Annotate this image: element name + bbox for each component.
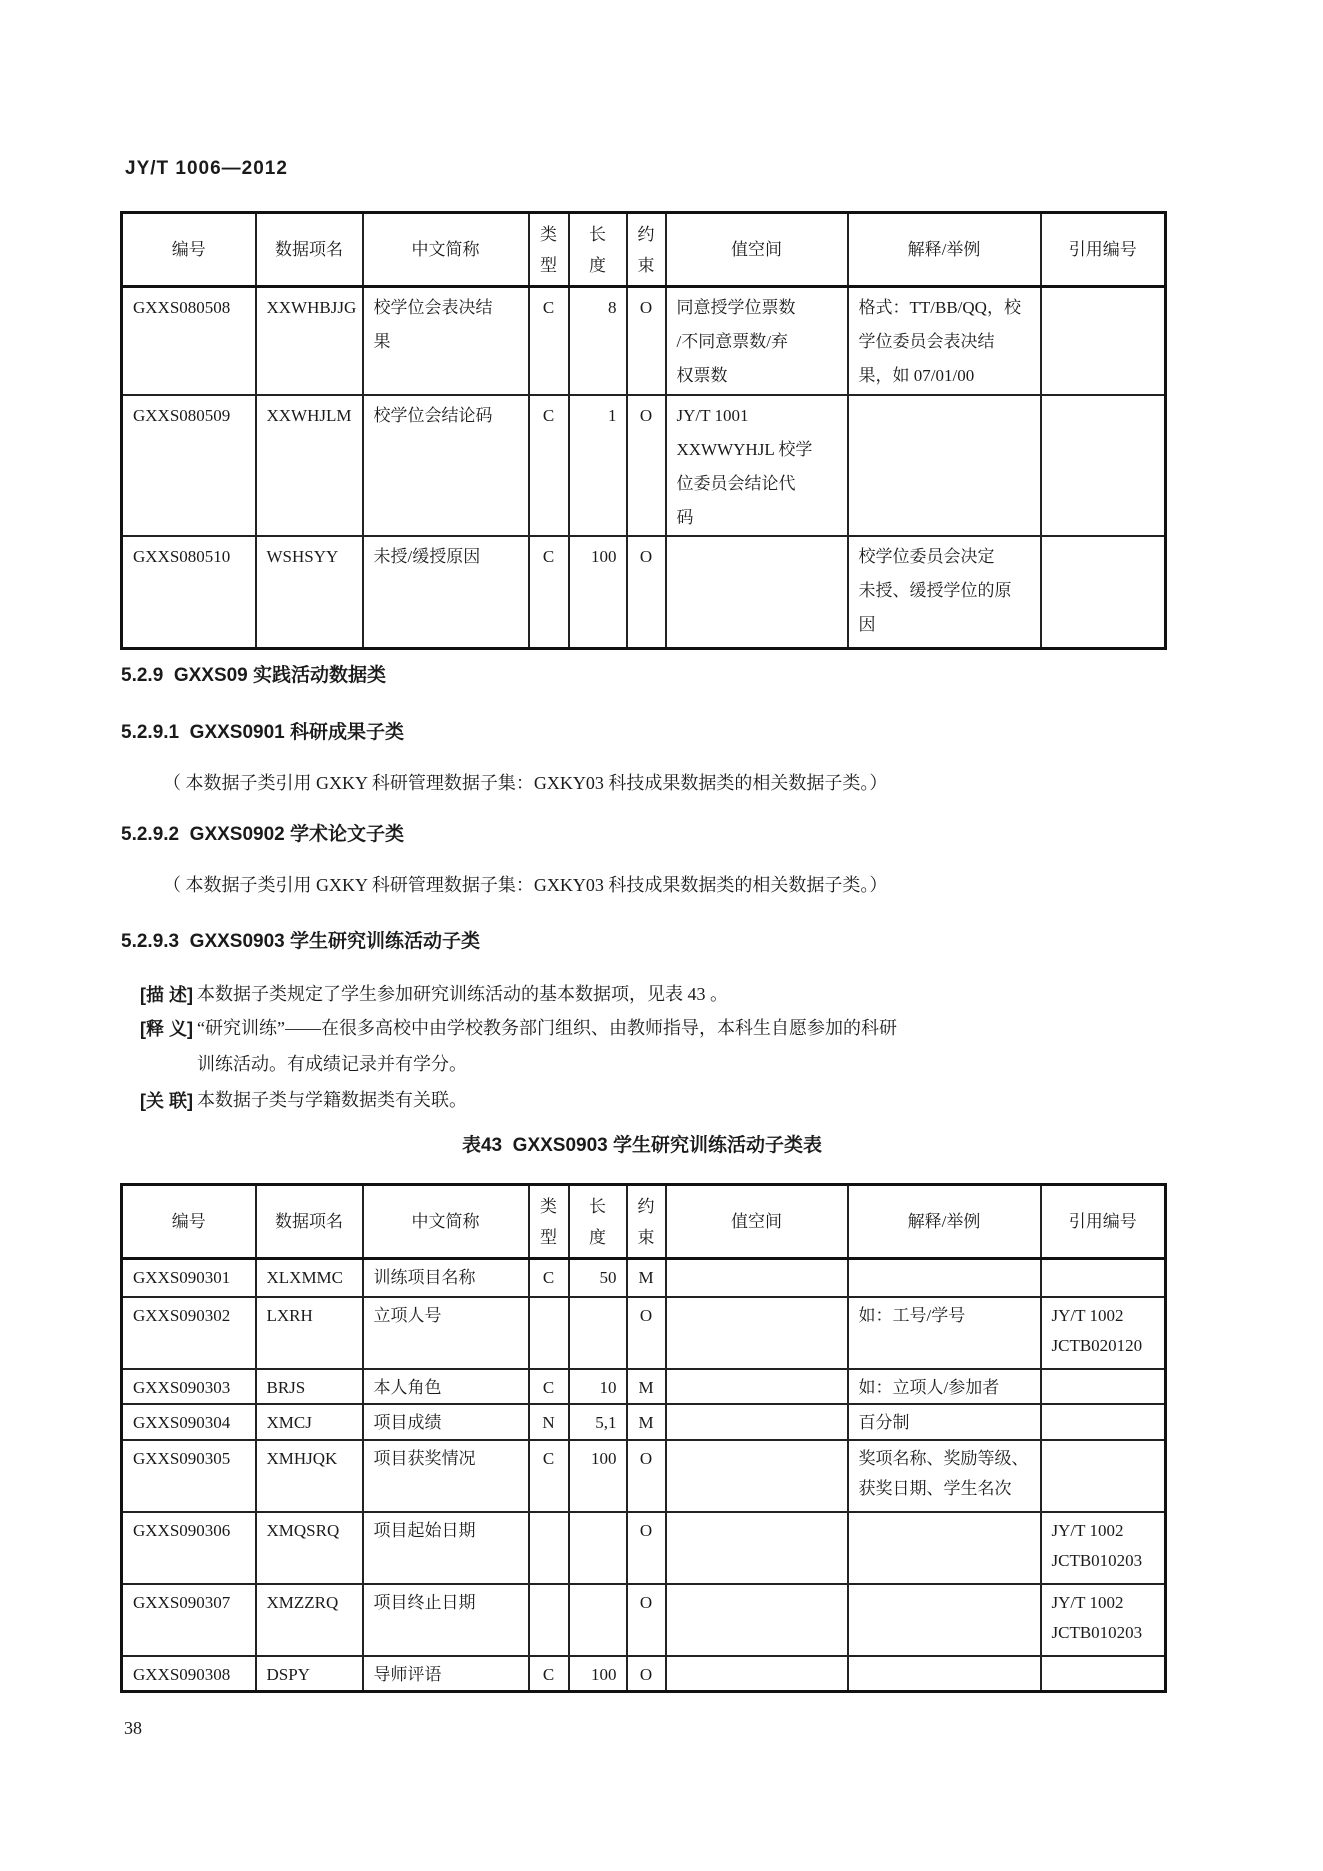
cell-cons: M [627,1404,666,1440]
cell-ex: 奖项名称、奖励等级、 获奖日期、学生名次 [848,1440,1041,1512]
column-header: 值空间 [666,213,848,287]
cell-vs [666,1440,848,1512]
cell-vs: 同意授学位票数 /不同意票数/弃 权票数 [666,287,848,395]
desc-text: 本数据子类规定了学生参加研究训练活动的基本数据项，见表 43 。 [197,980,728,1006]
column-header: 约 束 [627,1185,666,1259]
cell-item: XMCJ [256,1404,363,1440]
cell-type: C [529,1259,569,1297]
cell-type [529,1297,569,1369]
cell-cons: O [627,395,666,536]
cell-id: GXXS080509 [122,395,256,536]
cell-ex: 如：立项人/参加者 [848,1369,1041,1404]
table-row: GXXS090302LXRH立项人号O如：工号/学号JY/T 1002 JCTB… [122,1297,1166,1369]
cell-vs [666,1369,848,1404]
cell-len: 50 [569,1259,627,1297]
cell-id: GXXS090306 [122,1512,256,1584]
section-heading-5293: 5.2.9.3 GXXS0903 学生研究训练活动子类 [121,926,480,953]
cell-ref: JY/T 1002 JCTB020120 [1041,1297,1166,1369]
cell-item: LXRH [256,1297,363,1369]
cell-vs [666,1259,848,1297]
cell-len: 100 [569,1656,627,1692]
table-row: GXXS090303BRJS本人角色C10M如：立项人/参加者 [122,1369,1166,1404]
column-header: 中文简称 [363,213,529,287]
cell-item: DSPY [256,1656,363,1692]
section-heading-529: 5.2.9 GXXS09 实践活动数据类 [121,660,386,687]
cell-ref [1041,1369,1166,1404]
cell-ref [1041,287,1166,395]
column-header: 数据项名 [256,1185,363,1259]
cell-cons: O [627,1584,666,1656]
section-heading-5291: 5.2.9.1 GXXS0901 科研成果子类 [121,717,404,744]
cell-type [529,1512,569,1584]
table-row: GXXS090301XLXMMC训练项目名称C50M [122,1259,1166,1297]
cell-vs [666,536,848,649]
cell-type: N [529,1404,569,1440]
cell-item: BRJS [256,1369,363,1404]
table-header-row: 编号数据项名中文简称类 型长 度约 束值空间解释/举例引用编号 [122,213,1166,287]
cell-ex [848,1259,1041,1297]
column-header: 中文简称 [363,1185,529,1259]
guanlian-label: [关 联] [140,1087,193,1113]
cell-len: 100 [569,536,627,649]
cell-ref: JY/T 1002 JCTB010203 [1041,1584,1166,1656]
cell-type [529,1584,569,1656]
cell-ref [1041,536,1166,649]
section-heading-5292: 5.2.9.2 GXXS0902 学术论文子类 [121,819,404,846]
column-header: 引用编号 [1041,1185,1166,1259]
cell-len [569,1297,627,1369]
table-row: GXXS090305XMHJQK项目获奖情况C100O奖项名称、奖励等级、 获奖… [122,1440,1166,1512]
column-header: 类 型 [529,1185,569,1259]
cell-item: XMHJQK [256,1440,363,1512]
cell-cons: O [627,287,666,395]
cell-len: 100 [569,1440,627,1512]
cell-vs [666,1512,848,1584]
cell-ref [1041,1440,1166,1512]
cell-type: C [529,287,569,395]
column-header: 长 度 [569,213,627,287]
cell-id: GXXS090304 [122,1404,256,1440]
table43-caption: 表43 GXXS0903 学生研究训练活动子类表 [120,1130,1164,1157]
cell-ref [1041,1404,1166,1440]
cell-ex: 格式：TT/BB/QQ，校 学位委员会表决结 果，如 07/01/00 [848,287,1041,395]
cell-id: GXXS090303 [122,1369,256,1404]
table-row: GXXS090306XMQSRQ项目起始日期OJY/T 1002 JCTB010… [122,1512,1166,1584]
page-number: 38 [124,1718,142,1739]
table-gxxs0805: 编号数据项名中文简称类 型长 度约 束值空间解释/举例引用编号 GXXS0805… [120,211,1167,650]
cell-type: C [529,395,569,536]
cell-cn: 校学位会表决结 果 [363,287,529,395]
cell-id: GXXS090302 [122,1297,256,1369]
document-page: JY/T 1006—2012 编号数据项名中文简称类 型长 度约 束值空间解释/… [0,0,1323,1871]
cell-cons: O [627,1297,666,1369]
cell-id: GXXS090307 [122,1584,256,1656]
section-note-5292: （ 本数据子类引用 GXKY 科研管理数据子集：GXKY03 科技成果数据类的相… [163,871,887,897]
cell-item: XXWHJLM [256,395,363,536]
cell-type: C [529,1440,569,1512]
cell-cn: 立项人号 [363,1297,529,1369]
cell-ref [1041,395,1166,536]
cell-ex [848,1656,1041,1692]
column-header: 长 度 [569,1185,627,1259]
cell-type: C [529,536,569,649]
cell-len: 5,1 [569,1404,627,1440]
cell-cons: M [627,1259,666,1297]
cell-ex [848,1584,1041,1656]
cell-cn: 本人角色 [363,1369,529,1404]
shiyi-text-line2: 训练活动。有成绩记录并有学分。 [197,1050,467,1076]
cell-vs [666,1584,848,1656]
cell-id: GXXS080510 [122,536,256,649]
cell-cn: 项目成绩 [363,1404,529,1440]
cell-id: GXXS090301 [122,1259,256,1297]
cell-len [569,1512,627,1584]
table-row: GXXS090304XMCJ项目成绩N5,1M百分制 [122,1404,1166,1440]
table-row: GXXS080508XXWHBJJG校学位会表决结 果C8O同意授学位票数 /不… [122,287,1166,395]
cell-type: C [529,1369,569,1404]
column-header: 解释/举例 [848,1185,1041,1259]
cell-vs [666,1656,848,1692]
cell-item: XMQSRQ [256,1512,363,1584]
cell-type: C [529,1656,569,1692]
cell-len: 1 [569,395,627,536]
cell-item: WSHSYY [256,536,363,649]
cell-cn: 项目起始日期 [363,1512,529,1584]
cell-cn: 项目终止日期 [363,1584,529,1656]
table-row: GXXS090307XMZZRQ项目终止日期OJY/T 1002 JCTB010… [122,1584,1166,1656]
column-header: 类 型 [529,213,569,287]
table-header-row: 编号数据项名中文简称类 型长 度约 束值空间解释/举例引用编号 [122,1185,1166,1259]
column-header: 约 束 [627,213,666,287]
cell-id: GXXS090308 [122,1656,256,1692]
column-header: 解释/举例 [848,213,1041,287]
cell-ex [848,395,1041,536]
cell-ex [848,1512,1041,1584]
cell-ex: 如：工号/学号 [848,1297,1041,1369]
column-header: 引用编号 [1041,213,1166,287]
cell-cons: O [627,536,666,649]
cell-len [569,1584,627,1656]
cell-vs: JY/T 1001 XXWWYHJL 校学 位委员会结论代 码 [666,395,848,536]
cell-cons: O [627,1512,666,1584]
column-header: 数据项名 [256,213,363,287]
cell-ref [1041,1259,1166,1297]
column-header: 编号 [122,1185,256,1259]
cell-id: GXXS090305 [122,1440,256,1512]
column-header: 值空间 [666,1185,848,1259]
cell-cons: O [627,1656,666,1692]
desc-label: [描 述] [140,981,193,1007]
shiyi-text-line1: “研究训练”——在很多高校中由学校教务部门组织、由教师指导，本科生自愿参加的科研 [197,1014,897,1040]
table-row: GXXS080509XXWHJLM校学位会结论码C1OJY/T 1001 XXW… [122,395,1166,536]
shiyi-label: [释 义] [140,1015,193,1041]
cell-ref: JY/T 1002 JCTB010203 [1041,1512,1166,1584]
table-row: GXXS090308DSPY导师评语C100O [122,1656,1166,1692]
cell-id: GXXS080508 [122,287,256,395]
cell-cn: 项目获奖情况 [363,1440,529,1512]
cell-cons: M [627,1369,666,1404]
guanlian-text: 本数据子类与学籍数据类有关联。 [197,1086,467,1112]
cell-vs [666,1297,848,1369]
cell-vs [666,1404,848,1440]
doc-code: JY/T 1006—2012 [125,158,288,180]
cell-ref [1041,1656,1166,1692]
table-row: GXXS080510WSHSYY未授/缓授原因C100O校学位委员会决定 未授、… [122,536,1166,649]
section-note-5291: （ 本数据子类引用 GXKY 科研管理数据子集：GXKY03 科技成果数据类的相… [163,769,887,795]
cell-item: XXWHBJJG [256,287,363,395]
cell-cn: 训练项目名称 [363,1259,529,1297]
cell-cn: 校学位会结论码 [363,395,529,536]
cell-item: XLXMMC [256,1259,363,1297]
cell-len: 8 [569,287,627,395]
cell-ex: 百分制 [848,1404,1041,1440]
column-header: 编号 [122,213,256,287]
cell-ex: 校学位委员会决定 未授、缓授学位的原 因 [848,536,1041,649]
cell-cn: 导师评语 [363,1656,529,1692]
table-gxxs0903: 编号数据项名中文简称类 型长 度约 束值空间解释/举例引用编号 GXXS0903… [120,1183,1167,1693]
cell-cons: O [627,1440,666,1512]
cell-len: 10 [569,1369,627,1404]
cell-cn: 未授/缓授原因 [363,536,529,649]
cell-item: XMZZRQ [256,1584,363,1656]
